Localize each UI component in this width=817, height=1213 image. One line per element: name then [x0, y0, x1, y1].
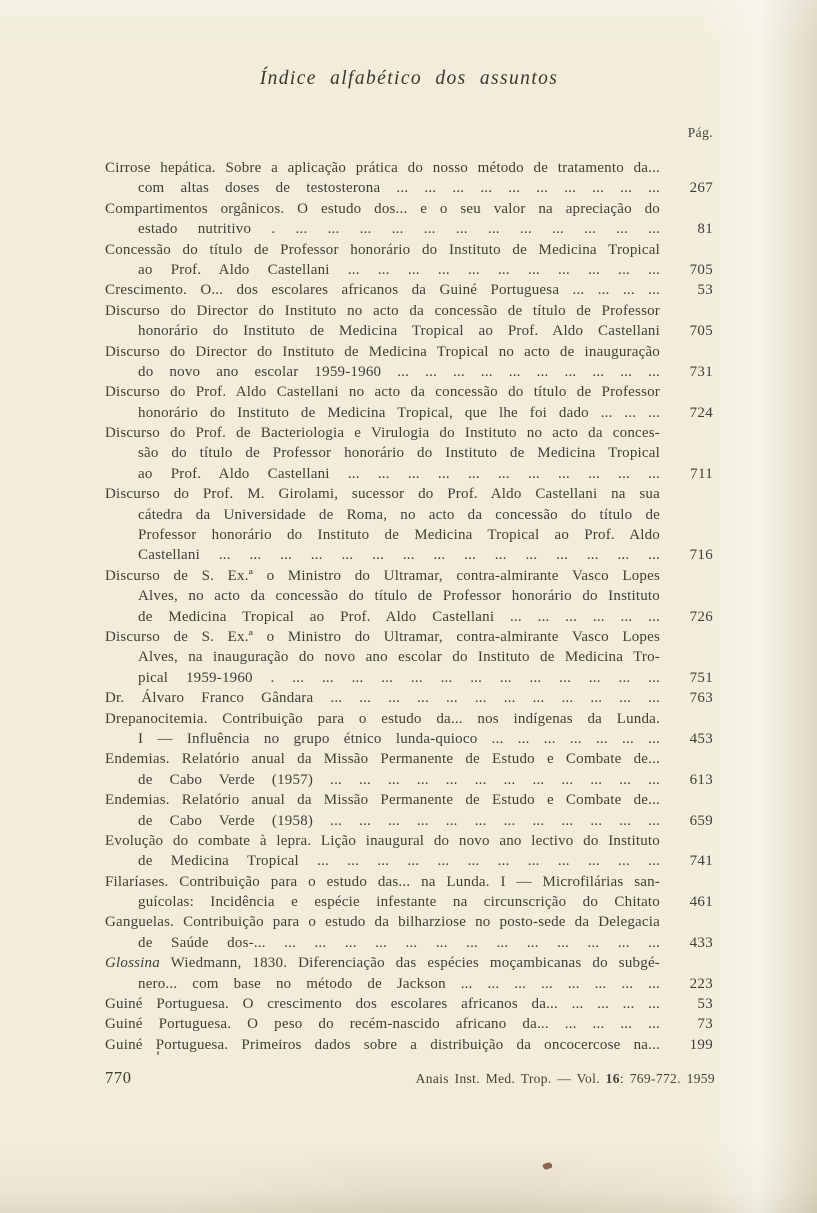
index-line: I — Influência no grupo étnico lunda-qui…: [105, 729, 713, 749]
index-line: Crescimento. O... dos escolares africano…: [105, 280, 713, 300]
index-line: do novo ano escolar 1959-1960 ... ... ..…: [105, 362, 713, 382]
footer-page-number: 770: [105, 1068, 132, 1088]
entry-page-number: 461: [660, 892, 713, 912]
entry-text: Discurso do Director do Instituto de Med…: [105, 342, 660, 362]
entry-page-number: [660, 301, 713, 321]
entry-page-number: 726: [660, 607, 713, 627]
entry-text: Dr. Álvaro Franco Gândara ... ... ... ..…: [105, 688, 660, 708]
entry-page-number: 731: [660, 362, 713, 382]
entry-page-number: 81: [660, 219, 713, 239]
index-line: Discurso do Director do Instituto no act…: [105, 301, 713, 321]
index-line: de Medicina Tropical ao Prof. Aldo Caste…: [105, 607, 713, 627]
index-line: Drepanocitemia. Contribuição para o estu…: [105, 709, 713, 729]
index-line: são do título de Professor honorário do …: [105, 443, 713, 463]
entry-page-number: [660, 525, 713, 545]
index-line: de Saúde dos-... ... ... ... ... ... ...…: [105, 933, 713, 953]
entry-page-number: [660, 158, 713, 178]
index-line: Discurso do Prof. M. Girolami, sucessor …: [105, 484, 713, 504]
entry-page-number: 711: [660, 464, 713, 484]
index-line: de Cabo Verde (1958) ... ... ... ... ...…: [105, 811, 713, 831]
entry-text: são do título de Professor honorário do …: [105, 443, 660, 463]
entry-text: cátedra da Universidade de Roma, no acto…: [105, 505, 660, 525]
entry-text: com altas doses de testosterona ... ... …: [105, 178, 660, 198]
index-line: Evolução do combate à lepra. Lição inaug…: [105, 831, 713, 851]
entry-text: Discurso de S. Ex.ª o Ministro do Ultram…: [105, 627, 660, 647]
entry-page-number: 659: [660, 811, 713, 831]
entry-page-number: 267: [660, 178, 713, 198]
entry-text: Discurso do Prof. Aldo Castellani no act…: [105, 382, 660, 402]
entry-text: ao Prof. Aldo Castellani ... ... ... ...…: [105, 260, 660, 280]
entry-page-number: 716: [660, 545, 713, 565]
entry-page-number: [660, 423, 713, 443]
entry-text: ao Prof. Aldo Castellani ... ... ... ...…: [105, 464, 660, 484]
entry-page-number: [660, 790, 713, 810]
index-line: de Cabo Verde (1957) ... ... ... ... ...…: [105, 770, 713, 790]
index-line: Guiné Portuguesa. O crescimento dos esco…: [105, 994, 713, 1014]
entry-text: Crescimento. O... dos escolares africano…: [105, 280, 660, 300]
index-line: Discurso do Director do Instituto de Med…: [105, 342, 713, 362]
entry-page-number: [660, 749, 713, 769]
page-column-header: Pág.: [105, 125, 713, 141]
entry-page-number: [660, 484, 713, 504]
index-line: Discurso do Prof. Aldo Castellani no act…: [105, 382, 713, 402]
entry-page-number: [660, 566, 713, 586]
index-line: Guiné Portuguesa. Primeiros dados sobre …: [105, 1035, 713, 1055]
index-line: estado nutritivo . ... ... ... ... ... .…: [105, 219, 713, 239]
entry-page-number: 453: [660, 729, 713, 749]
footer-journal-citation: Anais Inst. Med. Trop. — Vol. 16: 769-77…: [416, 1071, 715, 1087]
ink-speck-artifact: [542, 1162, 552, 1170]
index-line: honorário do Instituto de Medicina Tropi…: [105, 321, 713, 341]
journal-volume-number: 16: [606, 1071, 620, 1086]
entry-page-number: [660, 872, 713, 892]
entry-page-number: [660, 199, 713, 219]
index-line: Castellani ... ... ... ... ... ... ... .…: [105, 545, 713, 565]
entry-page-number: [660, 627, 713, 647]
entry-text: pical 1959-1960 . ... ... ... ... ... ..…: [105, 668, 660, 688]
entry-text: de Saúde dos-... ... ... ... ... ... ...…: [105, 933, 660, 953]
entry-text-italic: Glossina: [105, 955, 160, 971]
index-line: guícolas: Incidência e espécie infestant…: [105, 892, 713, 912]
entry-page-number: [660, 912, 713, 932]
entry-text: Cirrose hepática. Sobre a aplicação prát…: [105, 158, 660, 178]
entry-text: de Medicina Tropical ... ... ... ... ...…: [105, 851, 660, 871]
entry-text: honorário do Instituto de Medicina Tropi…: [105, 403, 660, 423]
entry-page-number: 53: [660, 994, 713, 1014]
page-footer: 770 Anais Inst. Med. Trop. — Vol. 16: 76…: [105, 1068, 715, 1088]
index-line: Endemias. Relatório anual da Missão Perm…: [105, 749, 713, 769]
entry-page-number: 724: [660, 403, 713, 423]
index-line: cátedra da Universidade de Roma, no acto…: [105, 505, 713, 525]
entry-page-number: 751: [660, 668, 713, 688]
entry-page-number: 73: [660, 1014, 713, 1034]
index-line: Professor honorário do Instituto de Medi…: [105, 525, 713, 545]
entry-text: Guiné Portuguesa. O peso do recém-nascid…: [105, 1014, 660, 1034]
entry-page-number: 199: [660, 1035, 713, 1055]
entry-text: de Cabo Verde (1958) ... ... ... ... ...…: [105, 811, 660, 831]
index-line: ao Prof. Aldo Castellani ... ... ... ...…: [105, 464, 713, 484]
index-line: Ganguelas. Contribuição para o estudo da…: [105, 912, 713, 932]
entry-text: Discurso de S. Ex.ª o Ministro do Ultram…: [105, 566, 660, 586]
entry-text: Guiné Portuguesa. O crescimento dos esco…: [105, 994, 660, 1014]
entry-page-number: 433: [660, 933, 713, 953]
entry-text: nero... com base no método de Jackson ..…: [105, 974, 660, 994]
index-line: com altas doses de testosterona ... ... …: [105, 178, 713, 198]
index-line: de Medicina Tropical ... ... ... ... ...…: [105, 851, 713, 871]
dot-artifact: [157, 1051, 159, 1055]
entry-page-number: [660, 647, 713, 667]
index-line: pical 1959-1960 . ... ... ... ... ... ..…: [105, 668, 713, 688]
page-title: Índice alfabético dos assuntos: [105, 68, 713, 90]
entry-page-number: [660, 240, 713, 260]
index-line: Guiné Portuguesa. O peso do recém-nascid…: [105, 1014, 713, 1034]
index-line: Discurso do Prof. de Bacteriologia e Vir…: [105, 423, 713, 443]
entry-text: Discurso do Director do Instituto no act…: [105, 301, 660, 321]
index-line: Dr. Álvaro Franco Gândara ... ... ... ..…: [105, 688, 713, 708]
entry-text: de Medicina Tropical ao Prof. Aldo Caste…: [105, 607, 660, 627]
entry-page-number: 763: [660, 688, 713, 708]
entry-text: Professor honorário do Instituto de Medi…: [105, 525, 660, 545]
journal-citation-prefix: Anais Inst. Med. Trop. — Vol.: [416, 1071, 606, 1086]
entry-page-number: [660, 443, 713, 463]
entry-text: Compartimentos orgânicos. O estudo dos..…: [105, 199, 660, 219]
entry-text: Alves, no acto da concessão do título de…: [105, 586, 660, 606]
entry-text: Drepanocitemia. Contribuição para o estu…: [105, 709, 660, 729]
entry-page-number: [660, 709, 713, 729]
entry-page-number: [660, 586, 713, 606]
entry-text: Evolução do combate à lepra. Lição inaug…: [105, 831, 660, 851]
entry-page-number: 705: [660, 321, 713, 341]
entry-page-number: 613: [660, 770, 713, 790]
index-line: Glossina Wiedmann, 1830. Diferenciação d…: [105, 953, 713, 973]
entry-page-number: 741: [660, 851, 713, 871]
index-line: nero... com base no método de Jackson ..…: [105, 974, 713, 994]
entry-text: Discurso do Prof. de Bacteriologia e Vir…: [105, 423, 660, 443]
entry-page-number: 705: [660, 260, 713, 280]
index-line: Alves, no acto da concessão do título de…: [105, 586, 713, 606]
index-line: Concessão do título de Professor honorár…: [105, 240, 713, 260]
entry-text: Castellani ... ... ... ... ... ... ... .…: [105, 545, 660, 565]
entry-text: estado nutritivo . ... ... ... ... ... .…: [105, 219, 660, 239]
index-line: Cirrose hepática. Sobre a aplicação prát…: [105, 158, 713, 178]
entry-text: Endemias. Relatório anual da Missão Perm…: [105, 749, 660, 769]
index-line: Compartimentos orgânicos. O estudo dos..…: [105, 199, 713, 219]
entry-text: Glossina Wiedmann, 1830. Diferenciação d…: [105, 953, 660, 973]
entry-page-number: 53: [660, 280, 713, 300]
entry-page-number: 223: [660, 974, 713, 994]
index-line: Filaríases. Contribuição para o estudo d…: [105, 872, 713, 892]
index-line: ao Prof. Aldo Castellani ... ... ... ...…: [105, 260, 713, 280]
index-list: Cirrose hepática. Sobre a aplicação prát…: [105, 158, 713, 1055]
index-line: Alves, na inauguração do novo ano escola…: [105, 647, 713, 667]
entry-text: Ganguelas. Contribuição para o estudo da…: [105, 912, 660, 932]
entry-text: Guiné Portuguesa. Primeiros dados sobre …: [105, 1035, 660, 1055]
entry-text: Discurso do Prof. M. Girolami, sucessor …: [105, 484, 660, 504]
journal-citation-suffix: : 769-772. 1959: [620, 1071, 715, 1086]
entry-text: honorário do Instituto de Medicina Tropi…: [105, 321, 660, 341]
entry-page-number: [660, 342, 713, 362]
entry-text: Alves, na inauguração do novo ano escola…: [105, 647, 660, 667]
entry-text: de Cabo Verde (1957) ... ... ... ... ...…: [105, 770, 660, 790]
entry-page-number: [660, 831, 713, 851]
entry-page-number: [660, 382, 713, 402]
index-line: Discurso de S. Ex.ª o Ministro do Ultram…: [105, 627, 713, 647]
index-line: Endemias. Relatório anual da Missão Perm…: [105, 790, 713, 810]
entry-text: Concessão do título de Professor honorár…: [105, 240, 660, 260]
scanned-page: Índice alfabético dos assuntos Pág. Cirr…: [0, 0, 817, 1213]
entry-text: Filaríases. Contribuição para o estudo d…: [105, 872, 660, 892]
entry-page-number: [660, 505, 713, 525]
entry-text: do novo ano escolar 1959-1960 ... ... ..…: [105, 362, 660, 382]
entry-text: guícolas: Incidência e espécie infestant…: [105, 892, 660, 912]
entry-page-number: [660, 953, 713, 973]
index-line: Discurso de S. Ex.ª o Ministro do Ultram…: [105, 566, 713, 586]
entry-text: I — Influência no grupo étnico lunda-qui…: [105, 729, 660, 749]
index-line: honorário do Instituto de Medicina Tropi…: [105, 403, 713, 423]
entry-text: Endemias. Relatório anual da Missão Perm…: [105, 790, 660, 810]
